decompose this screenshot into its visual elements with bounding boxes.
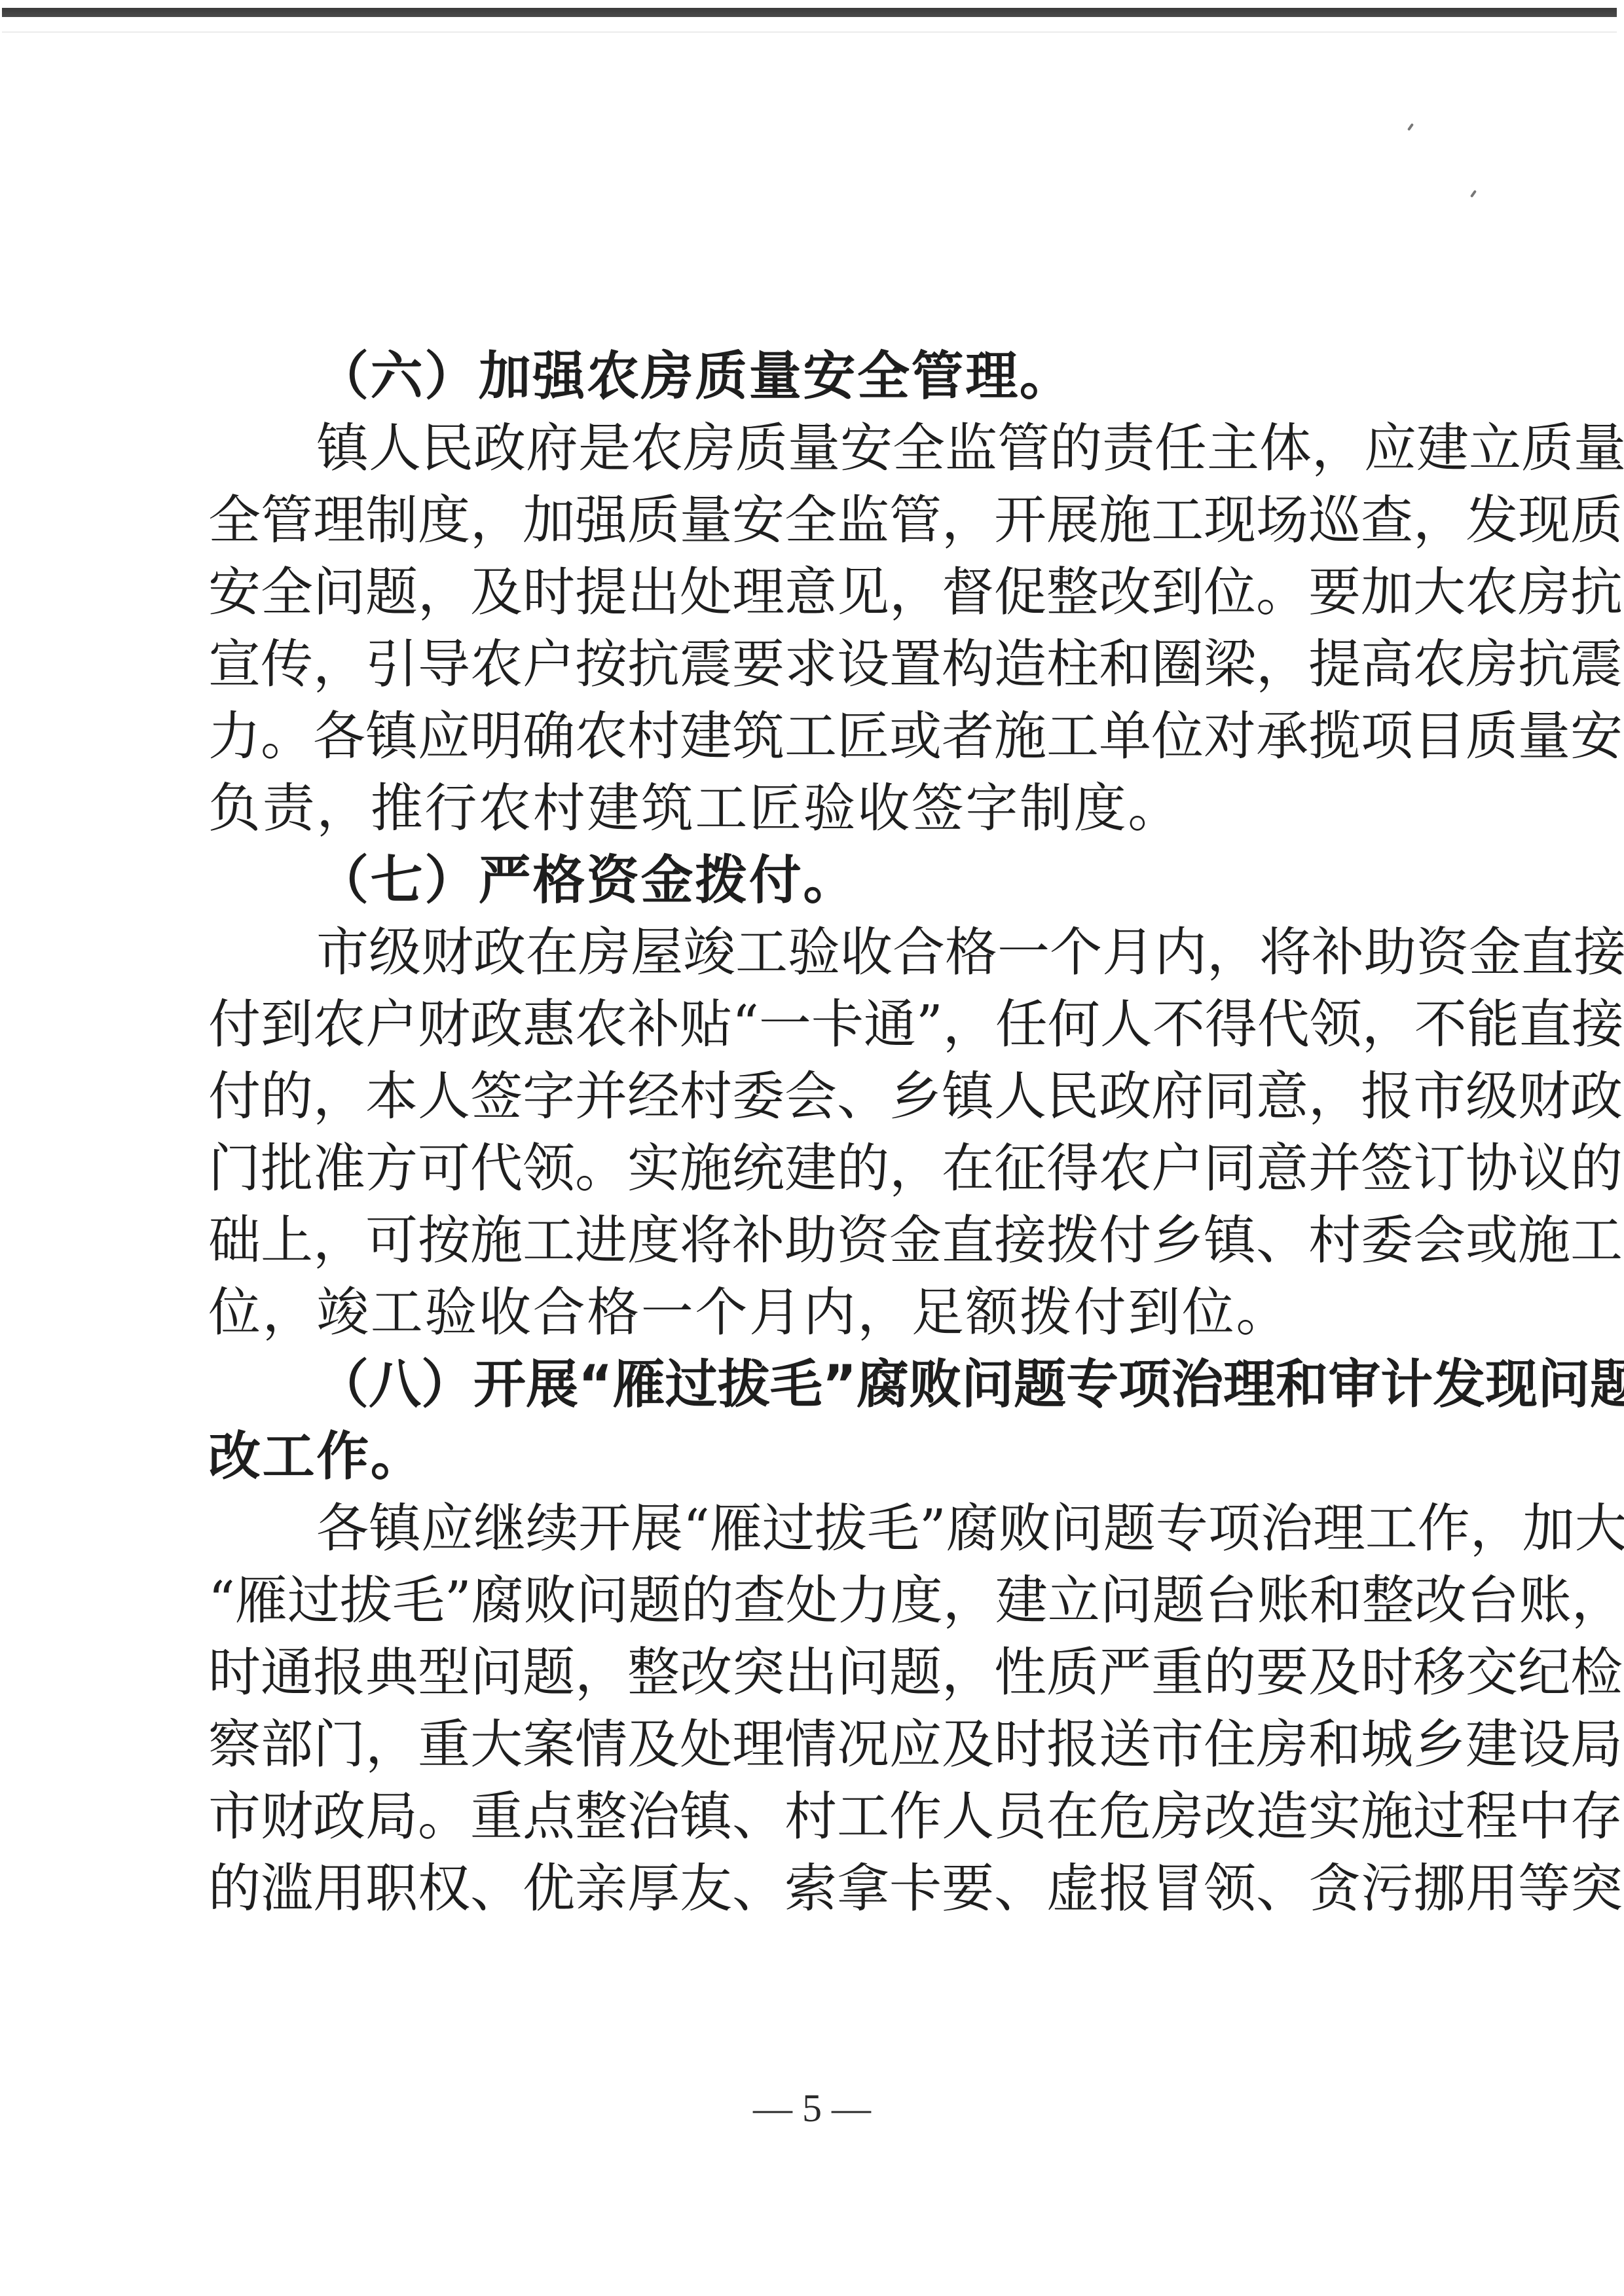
scan-speck [1407,123,1414,131]
paragraph-line: 付到农户财政惠农补贴“一卡通”，任何人不得代领，不能直接拨 [208,989,1399,1061]
section-heading: （六）加强农房质量安全管理。 [208,340,1399,412]
paragraph-line: 门批准方可代领。实施统建的，在征得农户同意并签订协议的基 [208,1133,1399,1205]
scan-speck [1470,190,1477,198]
section-heading: （七）严格资金拨付。 [208,845,1399,917]
paragraph-line: 位，竣工验收合格一个月内，足额拨付到位。 [208,1277,1399,1349]
paragraph-line: 础上，可按施工进度将补助资金直接拨付乡镇、村委会或施工单 [208,1205,1399,1277]
section-heading: （八）开展“雁过拔毛”腐败问题专项治理和审计发现问题整 [208,1349,1399,1421]
section-8: （八）开展“雁过拔毛”腐败问题专项治理和审计发现问题整 改工作。 各镇应继续开展… [208,1349,1399,1925]
scan-border-top [2,8,1617,17]
paragraph-line: “雁过拔毛”腐败问题的查处力度，建立问题台账和整改台账，及 [208,1565,1399,1637]
section-6: （六）加强农房质量安全管理。 镇人民政府是农房质量安全监管的责任主体，应建立质量… [208,340,1399,845]
paragraph-line: 付的，本人签字并经村委会、乡镇人民政府同意，报市级财政部 [208,1061,1399,1133]
paragraph-line: 宣传，引导农户按抗震要求设置构造柱和圈梁，提高农房抗震能 [208,629,1399,701]
page-number: — 5 — [0,2082,1624,2134]
document-body: （六）加强农房质量安全管理。 镇人民政府是农房质量安全监管的责任主体，应建立质量… [208,340,1399,1925]
paragraph-line: 全管理制度，加强质量安全监管，开展施工现场巡查，发现质量 [208,484,1399,556]
paragraph-line: 各镇应继续开展“雁过拔毛”腐败问题专项治理工作，加大对 [208,1493,1399,1565]
paragraph-line: 的滥用职权、优亲厚友、索拿卡要、虚报冒领、贪污挪用等突出 [208,1853,1399,1925]
paragraph-line: 察部门，重大案情及处理情况应及时报送市住房和城乡建设局和 [208,1709,1399,1781]
paragraph-line: 安全问题，及时提出处理意见，督促整改到位。要加大农房抗震 [208,556,1399,629]
section-7: （七）严格资金拨付。 市级财政在房屋竣工验收合格一个月内，将补助资金直接拨 付到… [208,845,1399,1349]
section-heading-continued: 改工作。 [208,1421,1399,1493]
scan-edge-line [2,31,1617,33]
paragraph-line: 市级财政在房屋竣工验收合格一个月内，将补助资金直接拨 [208,917,1399,989]
paragraph-line: 负责，推行农村建筑工匠验收签字制度。 [208,773,1399,845]
paragraph-line: 镇人民政府是农房质量安全监管的责任主体，应建立质量安 [208,412,1399,484]
paragraph-line: 力。各镇应明确农村建筑工匠或者施工单位对承揽项目质量安全 [208,701,1399,773]
paragraph-line: 市财政局。重点整治镇、村工作人员在危房改造实施过程中存在 [208,1781,1399,1853]
paragraph-line: 时通报典型问题，整改突出问题，性质严重的要及时移交纪检监 [208,1637,1399,1709]
